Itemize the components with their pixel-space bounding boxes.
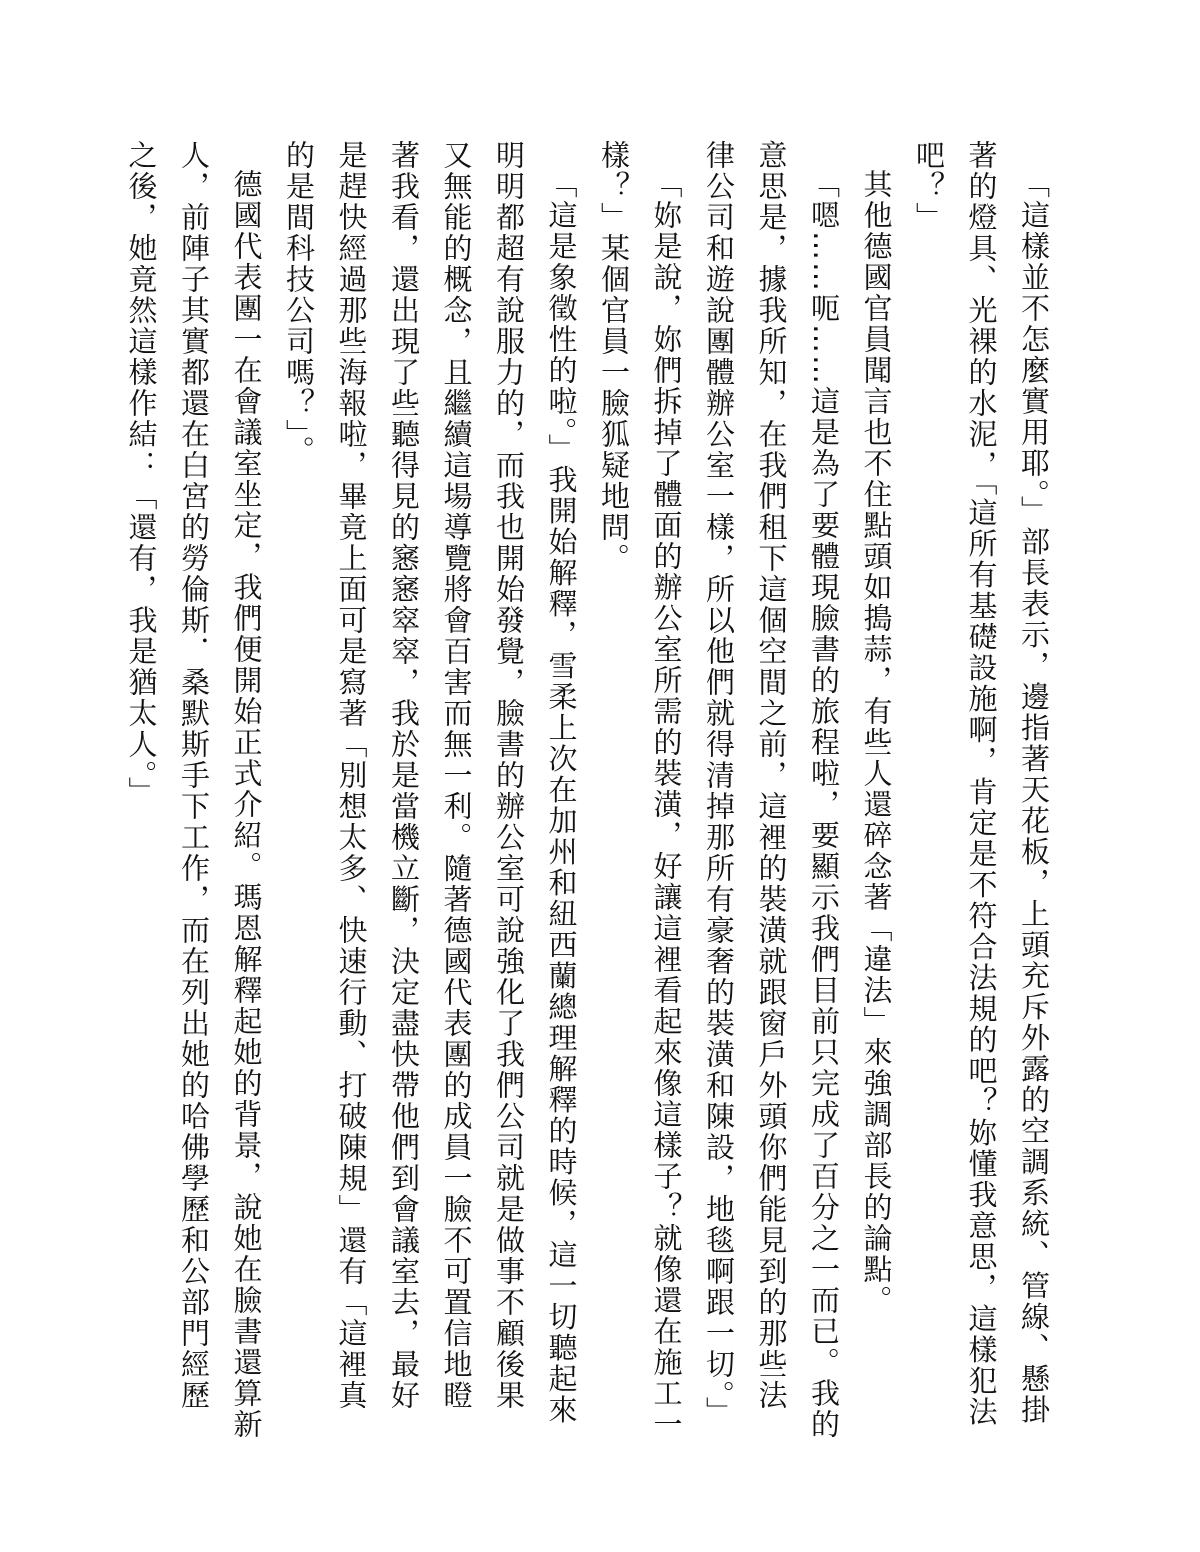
paragraph: 「這樣並不怎麼實用耶。」部長表示，邊指著天花板，上頭充斥外露的空調系統、管線、懸…: [903, 140, 1061, 1440]
paragraph: 「妳是說，妳們拆掉了體面的辦公室所需的裝潢，好讓這裡看起來像這樣子？就像還在施工…: [588, 140, 693, 1440]
paragraph: 德國代表團一在會議室坐定，我們便開始正式介紹。瑪恩解釋起她的背景，說她在臉書還算…: [115, 140, 273, 1440]
paragraph: 「嗯……呃……這是為了要體現臉書的旅程啦，要顯示我們目前只完成了百分之一而已。我…: [693, 140, 851, 1440]
vertical-text-page: 「這樣並不怎麼實用耶。」部長表示，邊指著天花板，上頭充斥外露的空調系統、管線、懸…: [160, 140, 1060, 1440]
paragraph: 其他德國官員聞言也不住點頭如搗蒜，有些人還碎念著「違法」來強調部長的論點。: [850, 140, 903, 1440]
paragraph: 「這是象徵性的啦。」我開始解釋，雪柔上次在加州和紐西蘭總理解釋的時候，這一切聽起…: [273, 140, 588, 1440]
